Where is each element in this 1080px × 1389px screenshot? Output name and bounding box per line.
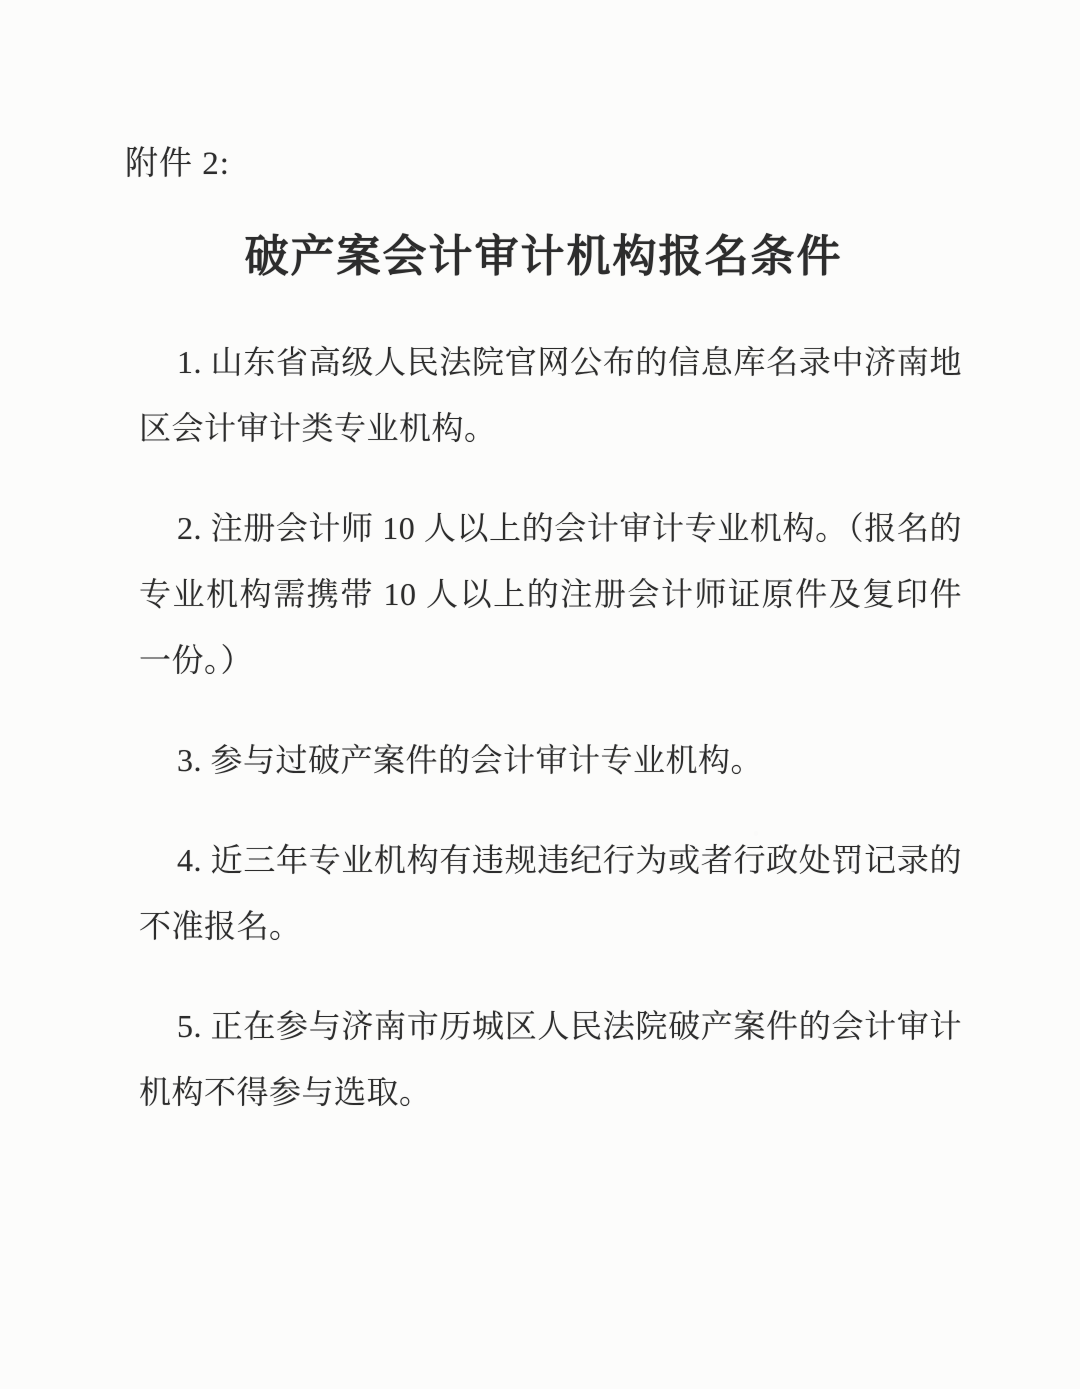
document-title: 破产案会计审计机构报名条件 (125, 232, 962, 283)
attachment-label: 附件 2: (125, 146, 962, 182)
document-page: 附件 2: 破产案会计审计机构报名条件 1. 山东省高级人民法院官网公布的信息库… (0, 0, 1080, 1389)
condition-item-2: 2. 注册会计师 10 人以上的会计审计专业机构。（报名的专业机构需携带 10 … (139, 495, 962, 693)
condition-item-5: 5. 正在参与济南市历城区人民法院破产案件的会计审计机构不得参与选取。 (139, 993, 962, 1125)
condition-item-1: 1. 山东省高级人民法院官网公布的信息库名录中济南地区会计审计类专业机构。 (139, 329, 962, 461)
conditions-list: 1. 山东省高级人民法院官网公布的信息库名录中济南地区会计审计类专业机构。 2.… (125, 329, 962, 1125)
condition-item-3: 3. 参与过破产案件的会计审计专业机构。 (139, 727, 962, 793)
condition-item-4: 4. 近三年专业机构有违规违纪行为或者行政处罚记录的不准报名。 (139, 827, 962, 959)
